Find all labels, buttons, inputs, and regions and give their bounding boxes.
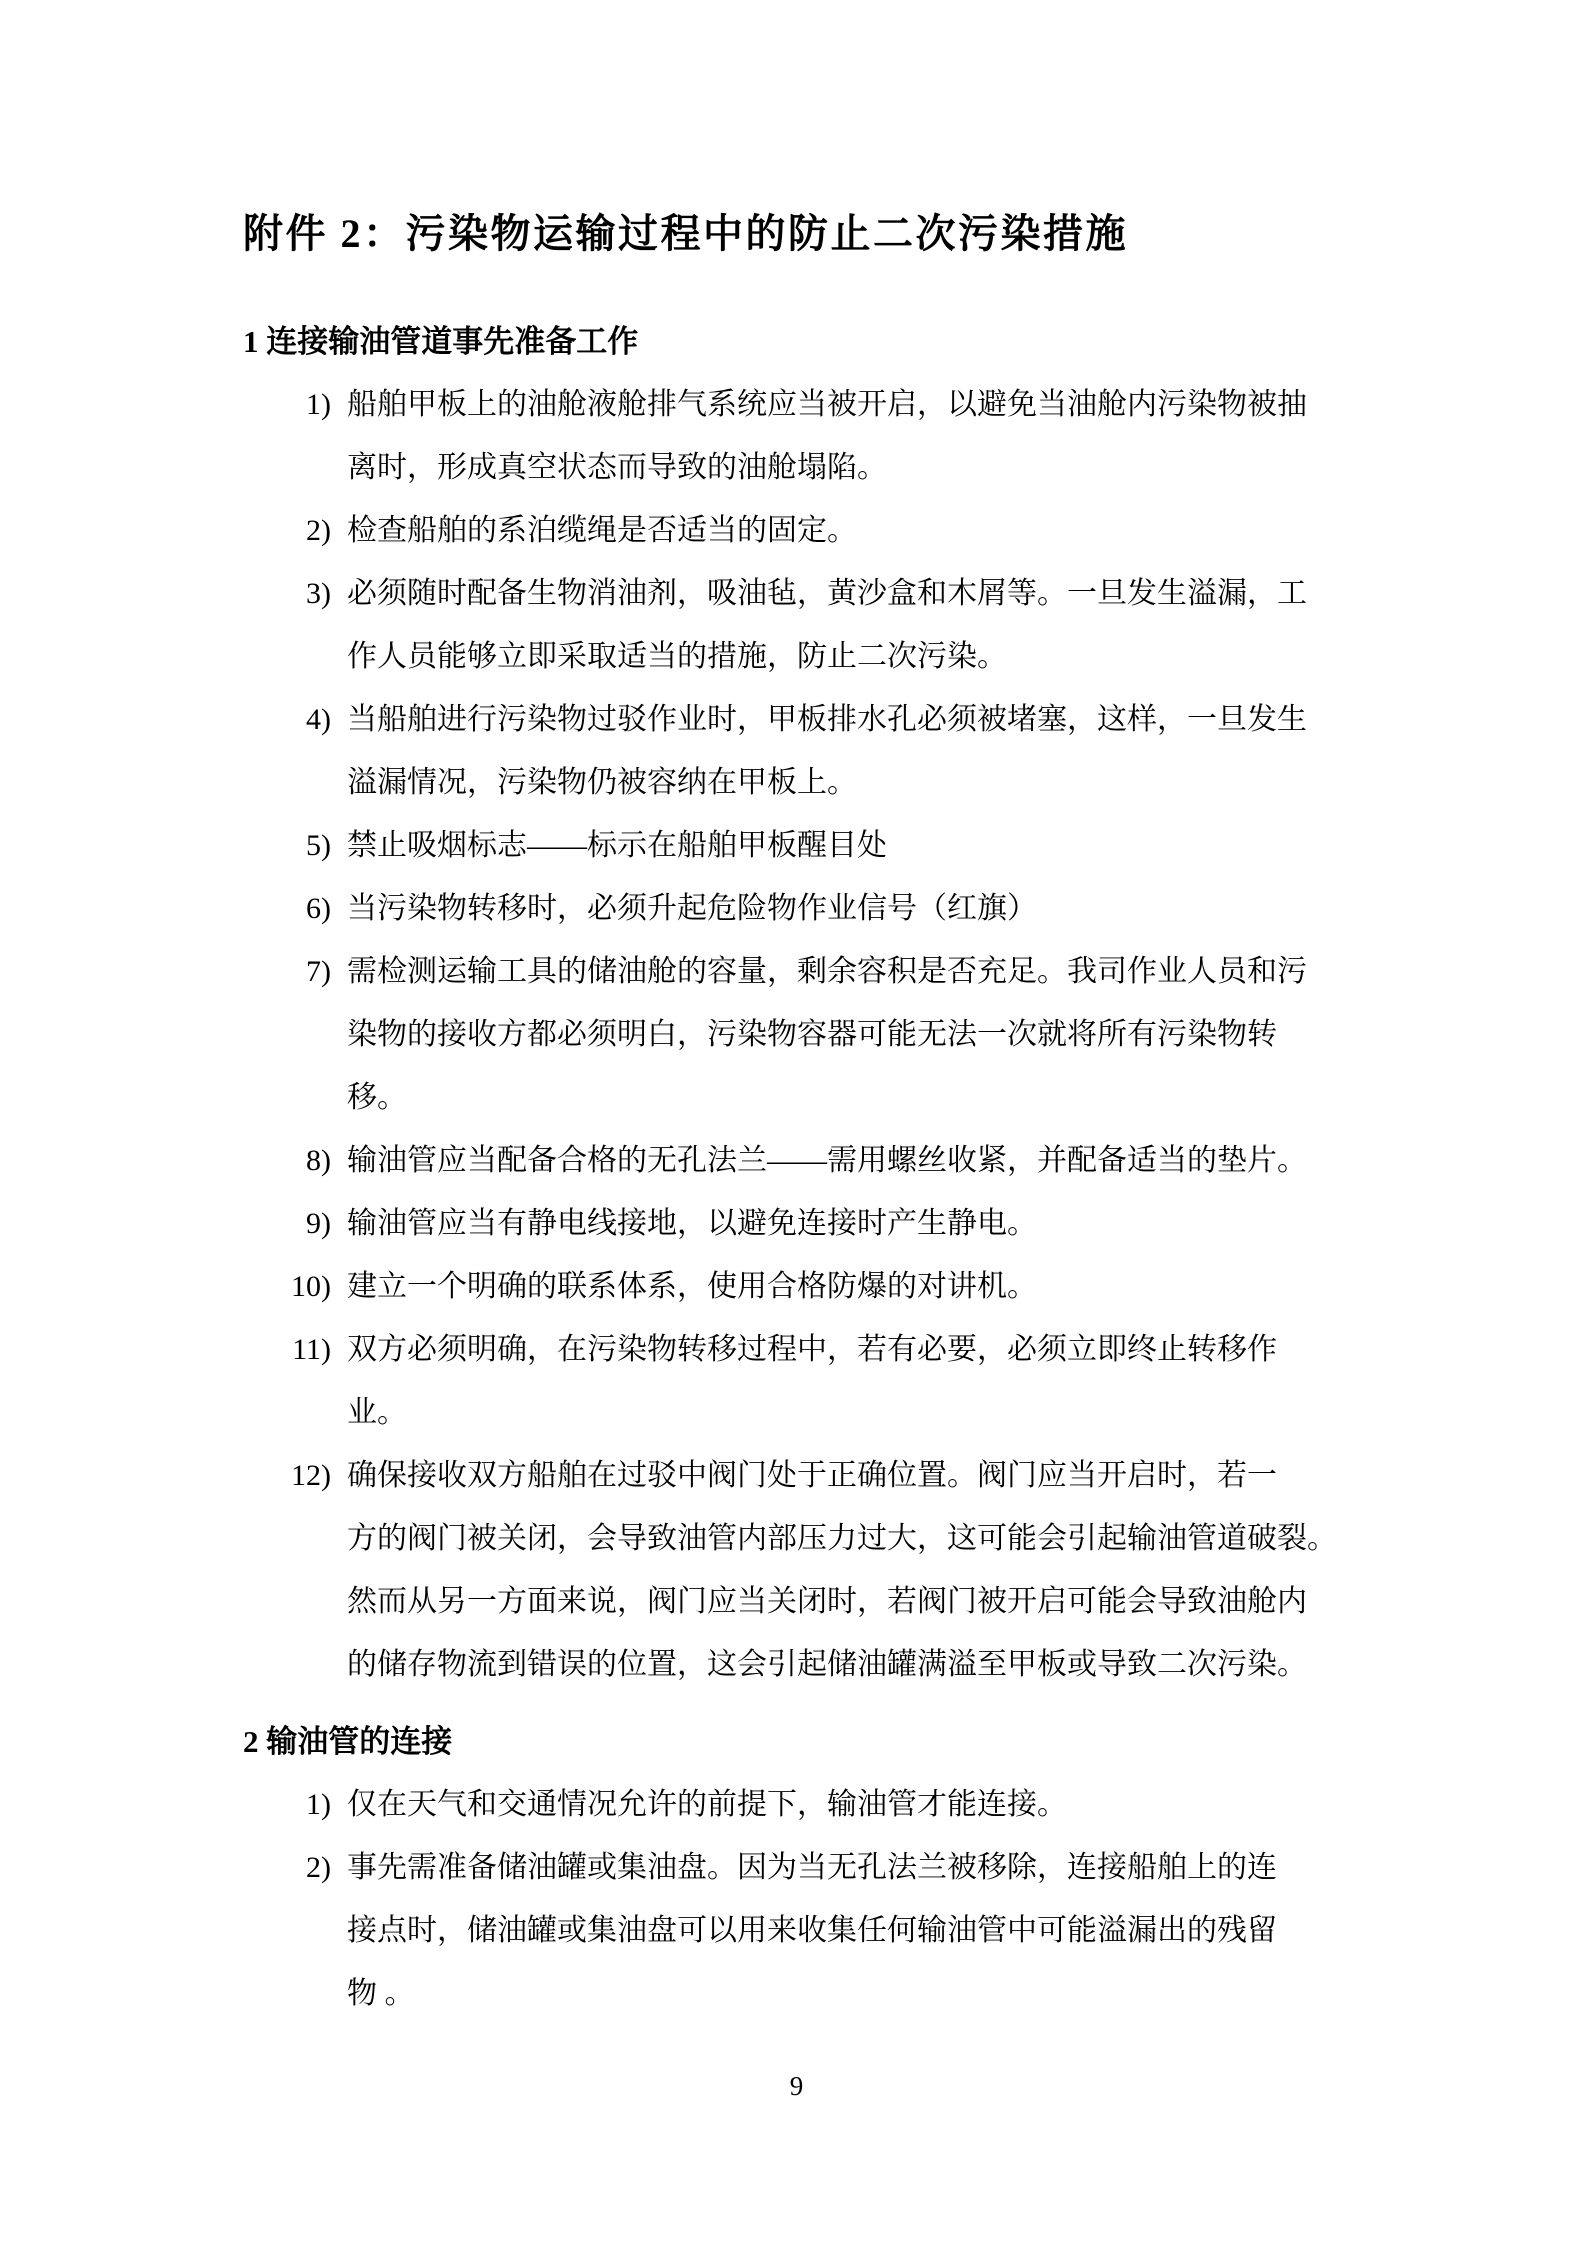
section-preparation: 1 连接输油管道事先准备工作 1) 船舶甲板上的油舱液舱排气系统应当被开启，以避… [243,310,1350,1696]
list-item: 11) 双方必须明确，在污染物转移过程中，若有必要，必须立即终止转移作 业。 [243,1318,1350,1444]
list-item-text: 禁止吸烟标志——标示在船舶甲板醒目处 [347,814,1350,877]
list-item-text: 检查船舶的系泊缆绳是否适当的固定。 [347,499,1350,562]
list-item-number: 3) [273,562,331,625]
list-item: 6) 当污染物转移时，必须升起危险物作业信号（红旗） [243,877,1350,940]
list-item: 10) 建立一个明确的联系体系，使用合格防爆的对讲机。 [243,1255,1350,1318]
list-item-number: 1) [273,1773,331,1836]
list-item-number: 10) [273,1255,331,1318]
list-item-number: 5) [273,814,331,877]
page-number: 9 [243,2066,1350,2106]
list-item-text: 双方必须明确，在污染物转移过程中，若有必要，必须立即终止转移作 业。 [347,1318,1350,1444]
list-item: 1) 仅在天气和交通情况允许的前提下，输油管才能连接。 [243,1773,1350,1836]
list-item-text: 当污染物转移时，必须升起危险物作业信号（红旗） [347,877,1350,940]
list-item-number: 8) [273,1129,331,1192]
list-item-number: 2) [273,499,331,562]
list-item: 12) 确保接收双方船舶在过驳中阀门处于正确位置。阀门应当开启时，若一 方的阀门… [243,1444,1350,1696]
list-item-number: 9) [273,1192,331,1255]
section-1-list: 1) 船舶甲板上的油舱液舱排气系统应当被开启，以避免当油舱内污染物被抽 离时，形… [243,373,1350,1696]
list-item-number: 1) [273,373,331,436]
list-item-text: 事先需准备储油罐或集油盘。因为当无孔法兰被移除，连接船舶上的连 接点时，储油罐或… [347,1836,1350,2025]
list-item-text: 船舶甲板上的油舱液舱排气系统应当被开启，以避免当油舱内污染物被抽 离时，形成真空… [347,373,1350,499]
list-item-number: 12) [273,1444,331,1507]
document-title: 附件 2：污染物运输过程中的防止二次污染措施 [243,206,1350,262]
section-1-heading: 1 连接输油管道事先准备工作 [243,310,1350,373]
list-item-text: 必须随时配备生物消油剂，吸油毡，黄沙盒和木屑等。一旦发生溢漏，工 作人员能够立即… [347,562,1350,688]
list-item-text: 建立一个明确的联系体系，使用合格防爆的对讲机。 [347,1255,1350,1318]
list-item-text: 输油管应当配备合格的无孔法兰——需用螺丝收紧，并配备适当的垫片。 [347,1129,1350,1192]
section-2-heading: 2 输油管的连接 [243,1710,1350,1773]
list-item: 1) 船舶甲板上的油舱液舱排气系统应当被开启，以避免当油舱内污染物被抽 离时，形… [243,373,1350,499]
list-item-number: 6) [273,877,331,940]
list-item: 4) 当船舶进行污染物过驳作业时，甲板排水孔必须被堵塞，这样，一旦发生 溢漏情况… [243,688,1350,814]
list-item: 3) 必须随时配备生物消油剂，吸油毡，黄沙盒和木屑等。一旦发生溢漏，工 作人员能… [243,562,1350,688]
section-pipe-connection: 2 输油管的连接 1) 仅在天气和交通情况允许的前提下，输油管才能连接。 2) … [243,1710,1350,2025]
list-item: 2) 事先需准备储油罐或集油盘。因为当无孔法兰被移除，连接船舶上的连 接点时，储… [243,1836,1350,2025]
list-item-text: 确保接收双方船舶在过驳中阀门处于正确位置。阀门应当开启时，若一 方的阀门被关闭，… [347,1444,1350,1696]
list-item-text: 仅在天气和交通情况允许的前提下，输油管才能连接。 [347,1773,1350,1836]
list-item: 9) 输油管应当有静电线接地，以避免连接时产生静电。 [243,1192,1350,1255]
page-content: 附件 2：污染物运输过程中的防止二次污染措施 1 连接输油管道事先准备工作 1)… [243,0,1350,2106]
list-item-number: 7) [273,940,331,1003]
list-item-number: 11) [273,1318,331,1381]
list-item-text: 当船舶进行污染物过驳作业时，甲板排水孔必须被堵塞，这样，一旦发生 溢漏情况，污染… [347,688,1350,814]
list-item-number: 4) [273,688,331,751]
list-item: 2) 检查船舶的系泊缆绳是否适当的固定。 [243,499,1350,562]
list-item-number: 2) [273,1836,331,1899]
list-item: 8) 输油管应当配备合格的无孔法兰——需用螺丝收紧，并配备适当的垫片。 [243,1129,1350,1192]
document-page: 附件 2：污染物运输过程中的防止二次污染措施 1 连接输油管道事先准备工作 1)… [0,0,1587,2245]
list-item-text: 输油管应当有静电线接地，以避免连接时产生静电。 [347,1192,1350,1255]
list-item: 5) 禁止吸烟标志——标示在船舶甲板醒目处 [243,814,1350,877]
list-item-text: 需检测运输工具的储油舱的容量，剩余容积是否充足。我司作业人员和污 染物的接收方都… [347,940,1350,1129]
section-2-list: 1) 仅在天气和交通情况允许的前提下，输油管才能连接。 2) 事先需准备储油罐或… [243,1773,1350,2025]
list-item: 7) 需检测运输工具的储油舱的容量，剩余容积是否充足。我司作业人员和污 染物的接… [243,940,1350,1129]
